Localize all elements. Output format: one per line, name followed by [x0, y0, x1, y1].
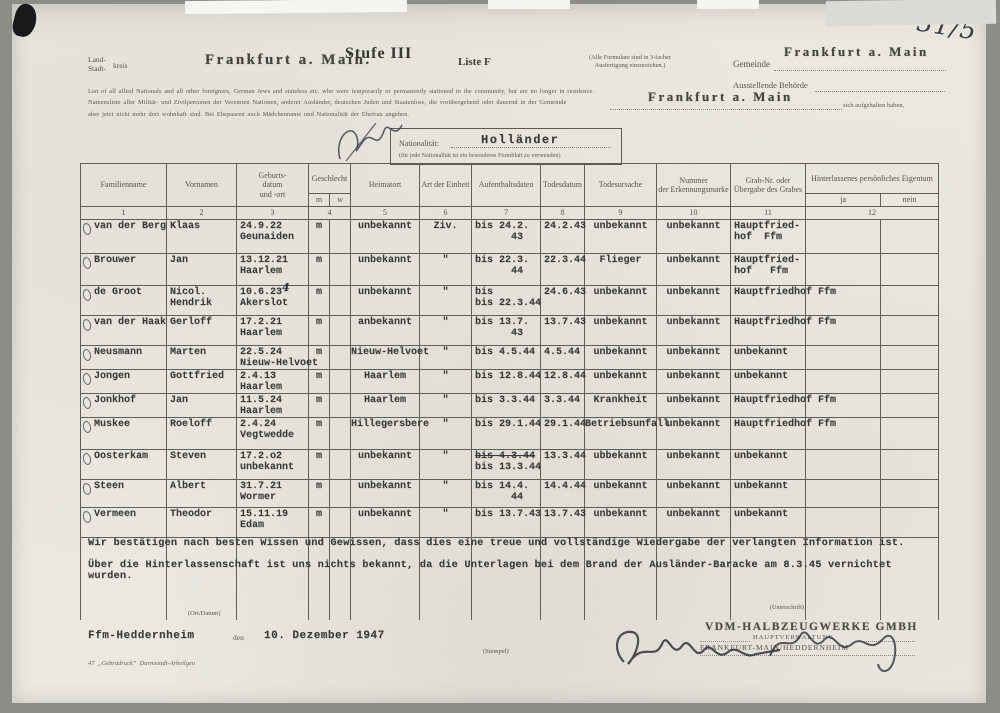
- col-number: 5: [351, 207, 420, 220]
- printer-imprint: 47 „Gebrüdruck” Darmstadt-Arheilgen: [88, 660, 195, 667]
- cell-aufenthalt: bis 13.7. 43: [472, 316, 541, 346]
- cell-vornamen: Albert: [167, 480, 237, 508]
- cell-art: ": [420, 394, 472, 418]
- col-number: 8: [541, 207, 585, 220]
- cell-eigentum-ja: [806, 316, 881, 346]
- cell-eigentum-ja: [806, 480, 881, 508]
- nationality-note: (für jede Nationalität ist ein besondere…: [399, 152, 561, 159]
- cell-aufenthalt: bis 4.5.44: [472, 346, 541, 370]
- cell-nummer: unbekannt: [657, 370, 731, 394]
- cell-eigentum-ja: [806, 346, 881, 370]
- cell-grab: Hauptfriedhof Ffm: [731, 316, 806, 346]
- cell-art: ": [420, 370, 472, 394]
- behoerde-dotted-line: [815, 90, 945, 92]
- cell-vornamen: Klaas: [167, 220, 237, 254]
- cell-eigentum-ja: [806, 370, 881, 394]
- cell-geschlecht-w: [330, 370, 351, 394]
- col-header-art: Art der Einheit: [420, 164, 472, 207]
- cell-art: ": [420, 508, 472, 538]
- cell-vornamen: Steven: [167, 450, 237, 480]
- cell-geschlecht-w: [330, 316, 351, 346]
- cell-heimatort: Haarlem: [351, 370, 420, 394]
- col-number: 3: [237, 207, 309, 220]
- cell-vornamen: Roeloff: [167, 418, 237, 450]
- cell-heimatort: unbekannt: [351, 450, 420, 480]
- cell-grab: Hauptfriedhof Ffm: [731, 418, 806, 450]
- cell-geburt: 11.5.24 Haarlem: [237, 394, 309, 418]
- cell-familienname: Neusmann: [81, 346, 167, 370]
- cell-geschlecht-m: m: [309, 418, 330, 450]
- col-subheader-ja: ja: [806, 194, 881, 207]
- cell-todesdatum: 13.7.43: [541, 508, 585, 538]
- cell-geburt: 22.5.24 Nieuw-Helvoet: [237, 346, 309, 370]
- cell-vornamen: Jan: [167, 254, 237, 286]
- cell-geschlecht-w: [330, 254, 351, 286]
- cell-heimatort: unbekannt: [351, 254, 420, 286]
- cell-todesdatum: 24.2.43: [541, 220, 585, 254]
- cell-heimatort: unbekannt: [351, 508, 420, 538]
- handwritten-check-mark: [82, 372, 93, 386]
- col-number: 11: [731, 207, 806, 220]
- col-number: 10: [657, 207, 731, 220]
- formulare-note: (Alle Formulare sind in 3-facher Ausfert…: [564, 54, 696, 69]
- cell-aufenthalt: bis 29.1.44: [472, 418, 541, 450]
- cell-heimatort: unbekannt: [351, 220, 420, 254]
- struck-through-entry: bis 4.3.44: [475, 452, 540, 463]
- cell-geschlecht-m: m: [309, 394, 330, 418]
- cell-eigentum-nein: [881, 254, 939, 286]
- cell-nummer: unbekannt: [657, 254, 731, 286]
- gemeinde-inline-dotted-line: [610, 108, 842, 110]
- cell-todesdatum: 14.4.44: [541, 480, 585, 508]
- torn-paper-edge: [185, 0, 407, 14]
- handwritten-check-mark: [82, 482, 93, 496]
- cell-geschlecht-m: m: [309, 508, 330, 538]
- cell-art: ": [420, 254, 472, 286]
- cell-geburt: 17.2.o2 unbekannt: [237, 450, 309, 480]
- col-header-familienname: Familienname: [81, 164, 167, 207]
- scanned-document: Land-Stadt- kreis Frankfurt a. Main. Stu…: [0, 0, 1000, 713]
- cell-art: ": [420, 418, 472, 450]
- col-header-geburt: Geburts- datum und -ort: [237, 164, 309, 207]
- stadt-label: Stadt-: [88, 64, 106, 73]
- cell-art: ": [420, 450, 472, 480]
- cell-nummer: unbekannt: [657, 450, 731, 480]
- cell-geburt: 2.4.24 Vegtwedde: [237, 418, 309, 450]
- gemeinde-inline-stamp: Frankfurt a. Main: [648, 89, 793, 105]
- cell-vornamen: Nicol. Hendrik: [167, 286, 237, 316]
- cell-eigentum-nein: [881, 316, 939, 346]
- cell-aufenthalt: bis 24.2. 43: [472, 220, 541, 254]
- cell-vornamen: Gerloff: [167, 316, 237, 346]
- cell-geschlecht-m: m: [309, 316, 330, 346]
- table-row: Brouwer Jan 13.12.21 Haarlem m unbekannt…: [81, 254, 939, 286]
- cell-nummer: unbekannt: [657, 346, 731, 370]
- liste-label: Liste F: [458, 56, 491, 68]
- cell-grab: Hauptfriedhof Ffm: [731, 286, 806, 316]
- handwritten-check-mark: [82, 222, 93, 236]
- cell-geschlecht-w: [330, 220, 351, 254]
- handwritten-check-mark: [82, 256, 93, 270]
- cell-aufenthalt: bis bis 22.3.44: [472, 286, 541, 316]
- handwritten-check-mark: [82, 396, 93, 410]
- cell-todesursache: unbekannt: [585, 508, 657, 538]
- col-number: 4: [309, 207, 351, 220]
- cell-geschlecht-w: [330, 450, 351, 480]
- cell-heimatort: unbekannt: [351, 480, 420, 508]
- col-number: 12: [806, 207, 939, 220]
- cell-todesursache: Flieger: [585, 254, 657, 286]
- col-header-nummer: Nummer der Erkennungsmarke: [657, 164, 731, 207]
- cell-geschlecht-w: [330, 346, 351, 370]
- kreis-suffix-label: kreis: [113, 61, 128, 70]
- place-value: Ffm-Heddernheim: [88, 630, 195, 642]
- cell-todesdatum: 13.7.43: [541, 316, 585, 346]
- cell-familienname: Steen: [81, 480, 167, 508]
- cell-vornamen: Gottfried: [167, 370, 237, 394]
- cell-eigentum-nein: [881, 286, 939, 316]
- certification-line-2: Über die Hinterlassenschaft ist uns nich…: [88, 560, 918, 582]
- cell-vornamen: Marten: [167, 346, 237, 370]
- cell-geschlecht-m: m: [309, 480, 330, 508]
- cell-geschlecht-m: m: [309, 450, 330, 480]
- handwritten-signature: [610, 610, 930, 690]
- cell-vornamen: Jan: [167, 394, 237, 418]
- cell-eigentum-ja: [806, 220, 881, 254]
- cell-eigentum-nein: [881, 370, 939, 394]
- col-header-heimatort: Heimatort: [351, 164, 420, 207]
- cell-todesdatum: 22.3.44: [541, 254, 585, 286]
- cell-art: Ziv.: [420, 220, 472, 254]
- table-row: Oosterkam Steven 17.2.o2 unbekannt m unb…: [81, 450, 939, 480]
- cell-eigentum-nein: [881, 220, 939, 254]
- cell-familienname: de Groot: [81, 286, 167, 316]
- ort-datum-label: (Ort/Datum): [188, 610, 221, 617]
- cell-grab: Hauptfriedhof Ffm: [731, 394, 806, 418]
- cell-grab: unbekannt: [731, 346, 806, 370]
- cell-todesursache: unbekannt: [585, 346, 657, 370]
- cell-eigentum-nein: [881, 346, 939, 370]
- cell-eigentum-nein: [881, 418, 939, 450]
- handwritten-check-mark: [82, 452, 93, 466]
- cell-art: ": [420, 286, 472, 316]
- cell-vornamen: Theodor: [167, 508, 237, 538]
- cell-nummer: unbekannt: [657, 286, 731, 316]
- cell-geburt: 2.4.13 Haarlem: [237, 370, 309, 394]
- table-row: van der Haak Gerloff 17.2.21 Haarlem m a…: [81, 316, 939, 346]
- cell-nummer: unbekannt: [657, 480, 731, 508]
- col-number: 6: [420, 207, 472, 220]
- table-row: Steen Albert 31.7.21 Wormer m unbekannt …: [81, 480, 939, 508]
- cell-nummer: unbekannt: [657, 220, 731, 254]
- handwritten-check-mark: [82, 318, 93, 332]
- cell-art: ": [420, 316, 472, 346]
- cell-eigentum-ja: [806, 254, 881, 286]
- cell-grab: unbekannt: [731, 508, 806, 538]
- cell-heimatort: anbekannt: [351, 316, 420, 346]
- cell-eigentum-nein: [881, 480, 939, 508]
- cell-geburt: 15.11.19 Edam: [237, 508, 309, 538]
- cell-geschlecht-w: [330, 286, 351, 316]
- cell-familienname: Muskee: [81, 418, 167, 450]
- cell-nummer: unbekannt: [657, 508, 731, 538]
- cell-aufenthalt: bis 14.4. 44: [472, 480, 541, 508]
- cell-geschlecht-w: [330, 418, 351, 450]
- stempel-label: (Stempel): [483, 648, 509, 655]
- handwritten-check-mark: [82, 288, 93, 302]
- cell-eigentum-ja: [806, 450, 881, 480]
- col-subheader-nein: nein: [881, 194, 939, 207]
- cell-grab: unbekannt: [731, 480, 806, 508]
- col-subheader-m: m: [309, 194, 330, 207]
- col-header-aufenthalt: Aufenthaltsdaten: [472, 164, 541, 207]
- cell-grab: Hauptfried- hof Ffm: [731, 254, 806, 286]
- torn-paper-edge: [488, 0, 570, 9]
- cell-eigentum-nein: [881, 450, 939, 480]
- col-header-todesursache: Todesursache: [585, 164, 657, 207]
- cell-geschlecht-w: [330, 394, 351, 418]
- cell-todesursache: Betriebsunfall: [585, 418, 657, 450]
- gemeinde-value-stamp: Frankfurt a. Main: [784, 44, 929, 60]
- cell-todesursache: unbekannt: [585, 370, 657, 394]
- col-header-todesdatum: Todesdatum: [541, 164, 585, 207]
- cell-familienname: van der Haak: [81, 316, 167, 346]
- cell-geschlecht-m: m: [309, 286, 330, 316]
- paper-sheet: Land-Stadt- kreis Frankfurt a. Main. Stu…: [12, 4, 986, 703]
- cell-geburt: 31.7.21 Wormer: [237, 480, 309, 508]
- date-value: 10. Dezember 1947: [264, 630, 385, 642]
- cell-geschlecht-m: m: [309, 220, 330, 254]
- handwritten-check-mark: [82, 420, 93, 434]
- description-english: List of all allied Nationals and all oth…: [88, 88, 594, 95]
- cell-nummer: unbekannt: [657, 316, 731, 346]
- cell-todesursache: Krankheit: [585, 394, 657, 418]
- cell-eigentum-ja: [806, 286, 881, 316]
- table-row: Vermeen Theodor 15.11.19 Edam m unbekann…: [81, 508, 939, 538]
- cell-todesursache: unbekannt: [585, 316, 657, 346]
- handwritten-check-mark: [82, 348, 93, 362]
- cell-geschlecht-w: [330, 508, 351, 538]
- col-header-eigentum: Hinterlassenes persönliches Eigentum: [806, 164, 939, 194]
- table-row: Neusmann Marten 22.5.24 Nieuw-Helvoet m …: [81, 346, 939, 370]
- handwritten-scribble: [330, 117, 420, 167]
- col-number: 1: [81, 207, 167, 220]
- torn-paper-edge: [697, 0, 759, 9]
- cell-todesdatum: 13.3.44: [541, 450, 585, 480]
- cell-todesdatum: 4.5.44: [541, 346, 585, 370]
- cell-todesursache: ubbekannt: [585, 450, 657, 480]
- nationality-dotted-line: [451, 146, 611, 148]
- cell-geschlecht-m: m: [309, 346, 330, 370]
- cell-familienname: Jongen: [81, 370, 167, 394]
- cell-todesursache: unbekannt: [585, 480, 657, 508]
- cell-eigentum-nein: [881, 508, 939, 538]
- cell-todesdatum: 12.8.44: [541, 370, 585, 394]
- cell-eigentum-ja: [806, 418, 881, 450]
- cell-aufenthalt: bis 13.7.43: [472, 508, 541, 538]
- cell-geburt: 13.12.21 Haarlem: [237, 254, 309, 286]
- table-row: de Groot Nicol. Hendrik 10.6.23 Akerslot…: [81, 286, 939, 316]
- cell-geburt: 10.6.23 Akerslot4: [237, 286, 309, 316]
- col-number: 2: [167, 207, 237, 220]
- table-row: Jonkhof Jan 11.5.24 Haarlem m Haarlem " …: [81, 394, 939, 418]
- cell-familienname: Vermeen: [81, 508, 167, 538]
- cell-heimatort: Nieuw-Helvoet: [351, 346, 420, 370]
- cell-geschlecht-w: [330, 480, 351, 508]
- description-german-2: sich aufgehalten haben,: [843, 102, 904, 109]
- certification-line-1: Wir bestätigen nach besten Wissen und Ge…: [88, 538, 918, 549]
- stufe-title: Stufe III: [345, 45, 412, 63]
- den-label: den: [233, 633, 244, 642]
- cell-geschlecht-m: m: [309, 254, 330, 286]
- cell-familienname: Oosterkam: [81, 450, 167, 480]
- cell-familienname: Brouwer: [81, 254, 167, 286]
- kreis-label: Land-Stadt-: [88, 55, 106, 73]
- certification-statement: Wir bestätigen nach besten Wissen und Ge…: [88, 538, 918, 582]
- cell-art: ": [420, 480, 472, 508]
- handwritten-correction: 4: [282, 283, 290, 294]
- cell-todesdatum: 3.3.44: [541, 394, 585, 418]
- description-german-1: Namensliste aller Militär- und Zivilpers…: [88, 99, 567, 106]
- cell-grab: Hauptfried- hof Ffm: [731, 220, 806, 254]
- cell-aufenthalt: bis 22.3. 44: [472, 254, 541, 286]
- nationality-value: Holländer: [481, 133, 559, 147]
- nationality-box: Nationalität: Holländer (für jede Nation…: [390, 128, 622, 165]
- gemeinde-label: Gemeinde: [733, 59, 770, 69]
- cell-familienname: van der Berg: [81, 220, 167, 254]
- cell-geburt: 17.2.21 Haarlem: [237, 316, 309, 346]
- handwritten-check-mark: [82, 510, 93, 524]
- table-row: Jongen Gottfried 2.4.13 Haarlem m Haarle…: [81, 370, 939, 394]
- scan-corner-artifact: [826, 0, 996, 26]
- cell-nummer: unbekannt: [657, 418, 731, 450]
- cell-geschlecht-m: m: [309, 370, 330, 394]
- cell-todesursache: unbekannt: [585, 286, 657, 316]
- table-row: van der Berg Klaas 24.9.22 Geunaiden m u…: [81, 220, 939, 254]
- col-number: 9: [585, 207, 657, 220]
- cell-grab: unbekannt: [731, 370, 806, 394]
- cell-todesdatum: 29.1.44: [541, 418, 585, 450]
- cell-aufenthalt: bis 3.3.44: [472, 394, 541, 418]
- land-label: Land-: [88, 55, 106, 64]
- cell-heimatort: unbekannt: [351, 286, 420, 316]
- cell-todesdatum: 24.6.43: [541, 286, 585, 316]
- gemeinde-dotted-line: [774, 69, 946, 71]
- col-header-geschlecht: Geschlecht: [309, 164, 351, 194]
- cell-aufenthalt: bis 12.8.44: [472, 370, 541, 394]
- cell-todesursache: unbekannt: [585, 220, 657, 254]
- cell-familienname: Jonkhof: [81, 394, 167, 418]
- table-row: Muskee Roeloff 2.4.24 Vegtwedde m Hilleg…: [81, 418, 939, 450]
- col-header-vornamen: Vornamen: [167, 164, 237, 207]
- col-subheader-w: w: [330, 194, 351, 207]
- cell-aufenthalt: bis 4.3.44bis 13.3.44: [472, 450, 541, 480]
- col-header-grab: Grab-Nr. oder Übergabe des Grabes: [731, 164, 806, 207]
- cell-grab: unbekannt: [731, 450, 806, 480]
- cell-geburt: 24.9.22 Geunaiden: [237, 220, 309, 254]
- cell-eigentum-ja: [806, 394, 881, 418]
- cell-nummer: unbekannt: [657, 394, 731, 418]
- col-number: 7: [472, 207, 541, 220]
- cell-eigentum-ja: [806, 508, 881, 538]
- cell-eigentum-nein: [881, 394, 939, 418]
- cell-heimatort: Hillegersbere: [351, 418, 420, 450]
- cell-art: ": [420, 346, 472, 370]
- cell-heimatort: Haarlem: [351, 394, 420, 418]
